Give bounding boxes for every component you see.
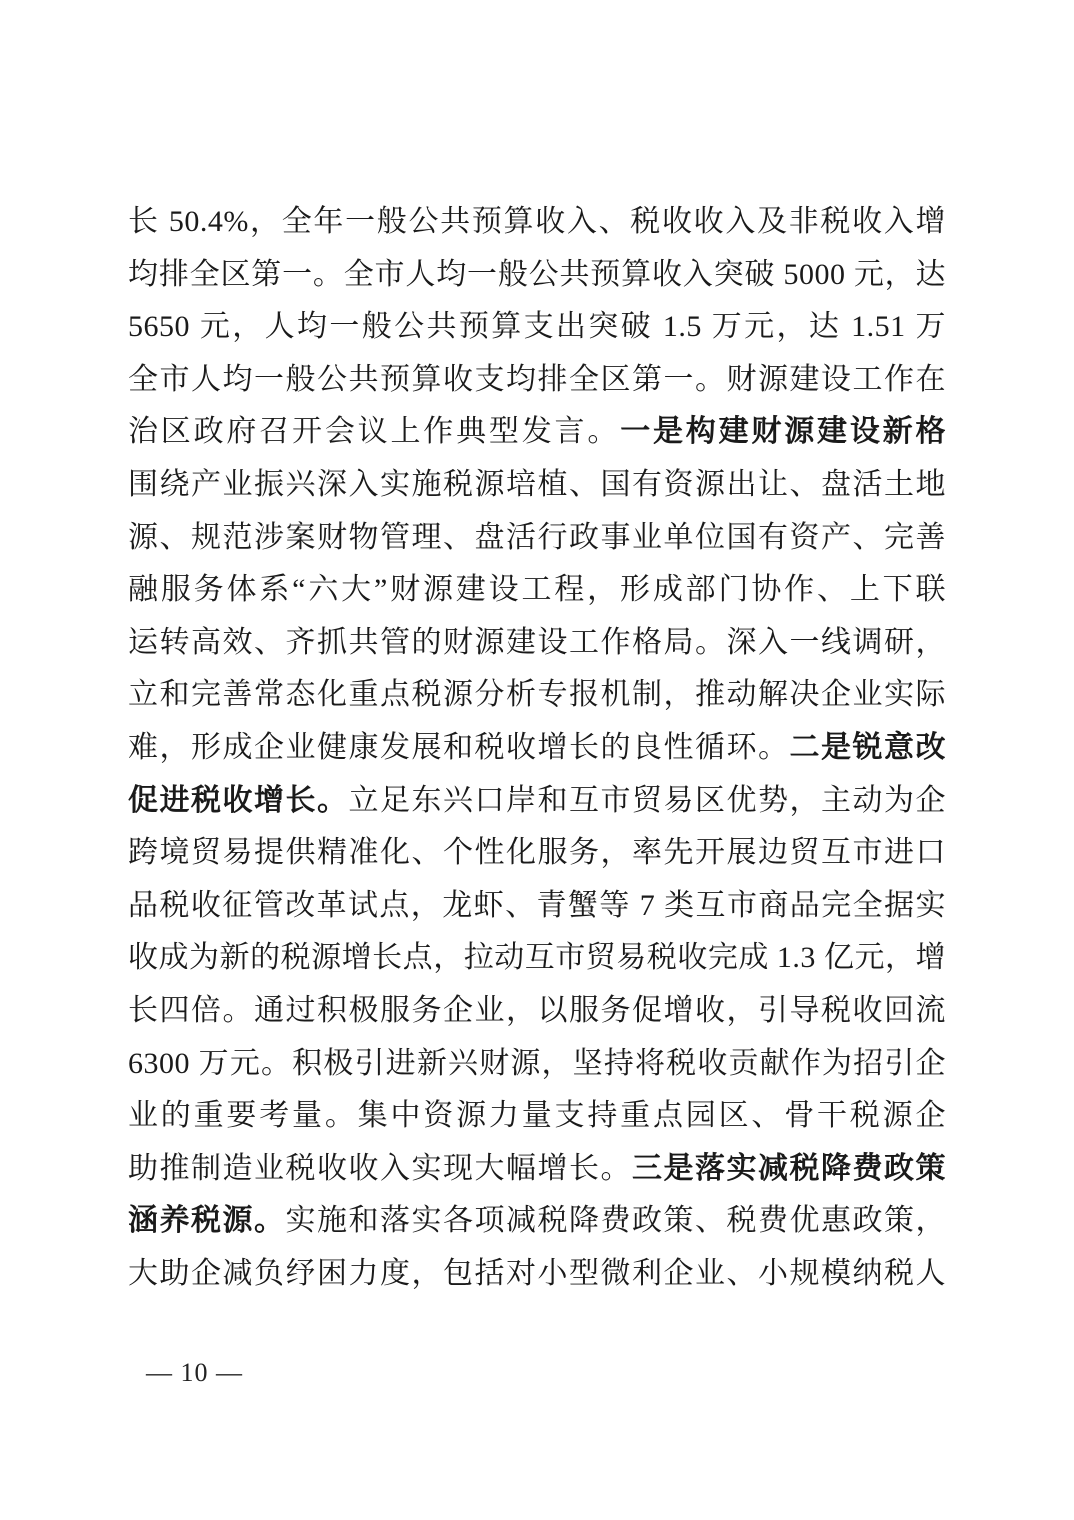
text-line: 收成为新的税源增长点，拉动互市贸易税收完成 1.3 亿元，增	[128, 932, 946, 985]
text-line: 全市人均一般公共预算收支均排全区第一。财源建设工作在自	[128, 354, 946, 407]
text-line: 涵养税源。实施和落实各项减税降费政策、税费优惠政策，加	[128, 1195, 946, 1248]
text-segment: 均排全区第一。全市人均一般公共预算收入突破 5000 元，达	[128, 258, 946, 291]
text-segment: 大助企减负纾困力度，包括对小型微利企业、小规模纳税人和	[128, 1257, 946, 1301]
text-segment: 全市人均一般公共预算收支均排全区第一。财源建设工作在自	[128, 363, 946, 407]
page-number: — 10 —	[146, 1356, 243, 1390]
text-line: 品税收征管改革试点，龙虾、青蟹等 7 类互市商品完全据实征	[128, 880, 946, 933]
text-segment: 收成为新的税源增长点，拉动互市贸易税收完成 1.3 亿元，增	[128, 941, 946, 974]
text-line: 业的重要考量。集中资源力量支持重点园区、骨干税源企业，	[128, 1090, 946, 1143]
text-segment: 品税收征管改革试点，龙虾、青蟹等 7 类互市商品完全据实征	[128, 889, 946, 933]
text-segment: 助推制造业税收收入实现大幅增长。	[128, 1152, 632, 1185]
text-line: 跨境贸易提供精准化、个性化服务，率先开展边贸互市进口商	[128, 827, 946, 880]
text-segment: 长四倍。通过积极服务企业，以服务促增收，引导税收回流近	[128, 994, 946, 1038]
text-line: 5650 元，人均一般公共预算支出突破 1.5 万元，达 1.51 万元，	[128, 301, 946, 354]
text-line: 助推制造业税收收入实现大幅增长。三是落实减税降费政策	[128, 1143, 946, 1196]
text-line: 治区政府召开会议上作典型发言。一是构建财源建设新格局。	[128, 406, 946, 459]
text-line: 均排全区第一。全市人均一般公共预算收入突破 5000 元，达	[128, 249, 946, 302]
text-segment: 运转高效、齐抓共管的财源建设工作格局。深入一线调研，建	[128, 626, 946, 670]
text-line: 大助企减负纾困力度，包括对小型微利企业、小规模纳税人和	[128, 1248, 946, 1301]
text-segment: 融服务体系“六大”财源建设工程，形成部门协作、上下联动、	[128, 573, 946, 617]
bold-text-segment: 涵养税源。	[128, 1204, 286, 1237]
text-line: 源、规范涉案财物管理、盘活行政事业单位国有资产、完善金	[128, 512, 946, 565]
text-line: 融服务体系“六大”财源建设工程，形成部门协作、上下联动、	[128, 564, 946, 617]
text-segment: 长 50.4%，全年一般公共预算收入、税收收入及非税收入增速	[128, 205, 946, 249]
document-page: 长 50.4%，全年一般公共预算收入、税收收入及非税收入增速均排全区第一。全市人…	[0, 0, 1074, 1520]
text-line: 围绕产业振兴深入实施税源培植、国有资源出让、盘活土地资	[128, 459, 946, 512]
text-line: 运转高效、齐抓共管的财源建设工作格局。深入一线调研，建	[128, 617, 946, 670]
text-segment: 6300 万元。积极引进新兴财源，坚持将税收贡献作为招引企	[128, 1047, 946, 1080]
text-line: 长 50.4%，全年一般公共预算收入、税收收入及非税收入增速	[128, 196, 946, 249]
bold-text-segment: 促进税收增长。	[128, 784, 349, 817]
text-segment: 难，形成企业健康发展和税收增长的良性循环。	[128, 731, 790, 764]
body-text-block: 长 50.4%，全年一般公共预算收入、税收收入及非税收入增速均排全区第一。全市人…	[128, 196, 946, 1300]
text-segment: 治区政府召开会议上作典型发言。	[128, 415, 620, 448]
text-segment: 源、规范涉案财物管理、盘活行政事业单位国有资产、完善金	[128, 521, 946, 565]
text-segment: 立和完善常态化重点税源分析专报机制，推动解决企业实际困	[128, 678, 946, 722]
text-segment: 业的重要考量。集中资源力量支持重点园区、骨干税源企业，	[128, 1099, 946, 1143]
text-line: 立和完善常态化重点税源分析专报机制，推动解决企业实际困	[128, 669, 946, 722]
text-line: 6300 万元。积极引进新兴财源，坚持将税收贡献作为招引企	[128, 1038, 946, 1091]
text-segment: 跨境贸易提供精准化、个性化服务，率先开展边贸互市进口商	[128, 836, 946, 880]
text-line: 促进税收增长。立足东兴口岸和互市贸易区优势，主动为企业	[128, 775, 946, 828]
text-line: 难，形成企业健康发展和税收增长的良性循环。二是锐意改革	[128, 722, 946, 775]
text-line: 长四倍。通过积极服务企业，以服务促增收，引导税收回流近	[128, 985, 946, 1038]
bold-text-segment: 三是落实减税降费政策	[632, 1152, 946, 1185]
text-segment: 5650 元，人均一般公共预算支出突破 1.5 万元，达 1.51 万元，	[128, 310, 946, 354]
text-segment: 围绕产业振兴深入实施税源培植、国有资源出让、盘活土地资	[128, 468, 946, 512]
